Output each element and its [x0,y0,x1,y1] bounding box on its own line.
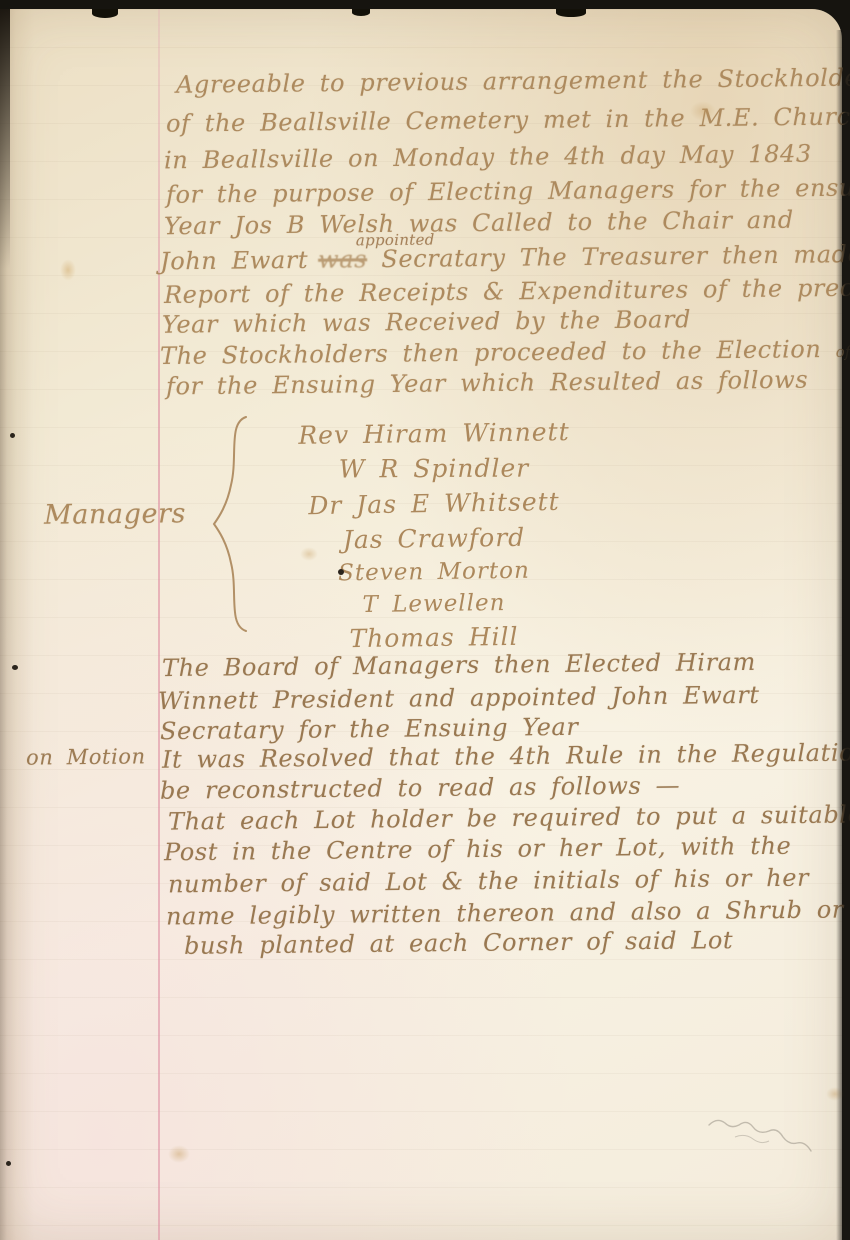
manuscript-line: Secratary for the Ensuing Year [160,713,579,745]
managers-list: Rev Hiram Winnett W R Spindler Dr Jas E … [244,419,624,658]
insertion-after-text: Secratary The Treasurer then made a [381,240,850,273]
pencil-scribble [705,1107,825,1161]
photo-edge-nick [352,9,370,16]
margin-label-managers: Managers [44,498,186,530]
manuscript-line: Year which was Received by the Board [162,305,691,339]
manager-name: Dr Jas E Whitsett [244,486,624,522]
ink-speck [6,1161,11,1166]
margin-label-on-motion: on Motion [26,744,146,769]
manager-name: Steven Morton [244,556,624,587]
struck-out-word: was [318,245,367,274]
manuscript-line: bush planted at each Corner of said Lot [184,926,733,960]
ink-speck [10,433,15,438]
ink-speck [338,569,344,575]
manager-name: Rev Hiram Winnett [244,416,624,450]
manager-name: Jas Crawford [244,521,624,555]
manager-name: W R Spindler [244,453,624,484]
insertion-before-text: John Ewart [160,246,308,276]
photo-edge-right [836,30,850,1240]
binding-shadow [0,9,10,269]
ink-speck [12,665,18,670]
photo-edge-nick [92,9,118,18]
manuscript-line: be reconstructed to read as follows — [160,771,680,804]
photo-edge-nick [556,9,586,17]
margin-rule-line [158,9,160,1240]
interlinear-insertion: appointed [356,231,435,250]
ledger-page: Agreeable to previous arrangement the St… [0,9,842,1240]
manager-name: T Lewellen [244,588,624,619]
